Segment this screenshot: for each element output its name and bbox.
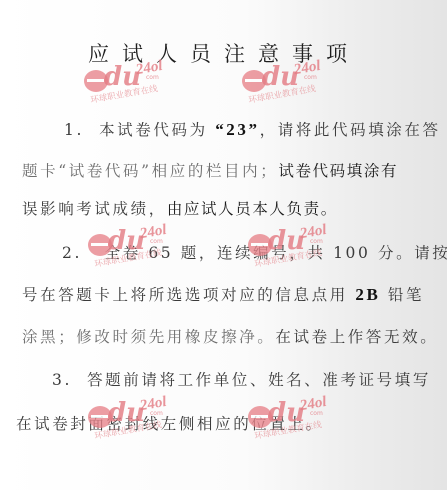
item-1-line-1: 1. 本试卷代码为 “23”，请将此代码填涂在答 bbox=[64, 118, 441, 140]
item-3-line-1: 3. 答题前请将工作单位、姓名、准考证号填写 bbox=[52, 368, 431, 390]
watermark-logo: du 24ol com 环球职业教育在线 bbox=[242, 68, 328, 108]
watermark-logo: du 24ol com 环球职业教育在线 bbox=[84, 68, 170, 108]
item-2-line-3: 涂黑；修改时须先用橡皮擦净。在试卷上作答无效。 bbox=[22, 325, 438, 347]
item-number: 1. bbox=[64, 121, 84, 139]
page-title: 应试人员注意事项 bbox=[88, 38, 360, 68]
logo-e-icon bbox=[84, 70, 108, 92]
logo-e-icon bbox=[242, 70, 266, 92]
item-3-line-2: 在试卷封面密封线左侧相应的位置上。 bbox=[16, 412, 324, 434]
item-2-line-1: 2. 全卷 65 题，连续编号，共 100 分。请按题 bbox=[62, 241, 447, 263]
document-page: 应试人员注意事项 1. 本试卷代码为 “23”，请将此代码填涂在答 题卡“试卷代… bbox=[0, 0, 447, 490]
pencil-grade: 2B bbox=[355, 285, 380, 304]
item-number: 2. bbox=[62, 244, 82, 262]
item-2-line-2: 号在答题卡上将所选选项对应的信息点用 2B 铅笔 bbox=[22, 283, 424, 305]
exam-code: “23” bbox=[215, 120, 259, 139]
item-1-line-2: 题卡“试卷代码”相应的栏目内；试卷代码填涂有 bbox=[22, 159, 398, 181]
item-1-line-3: 误影响考试成绩，由应试人员本人负责。 bbox=[22, 197, 338, 219]
item-number: 3. bbox=[52, 371, 72, 389]
